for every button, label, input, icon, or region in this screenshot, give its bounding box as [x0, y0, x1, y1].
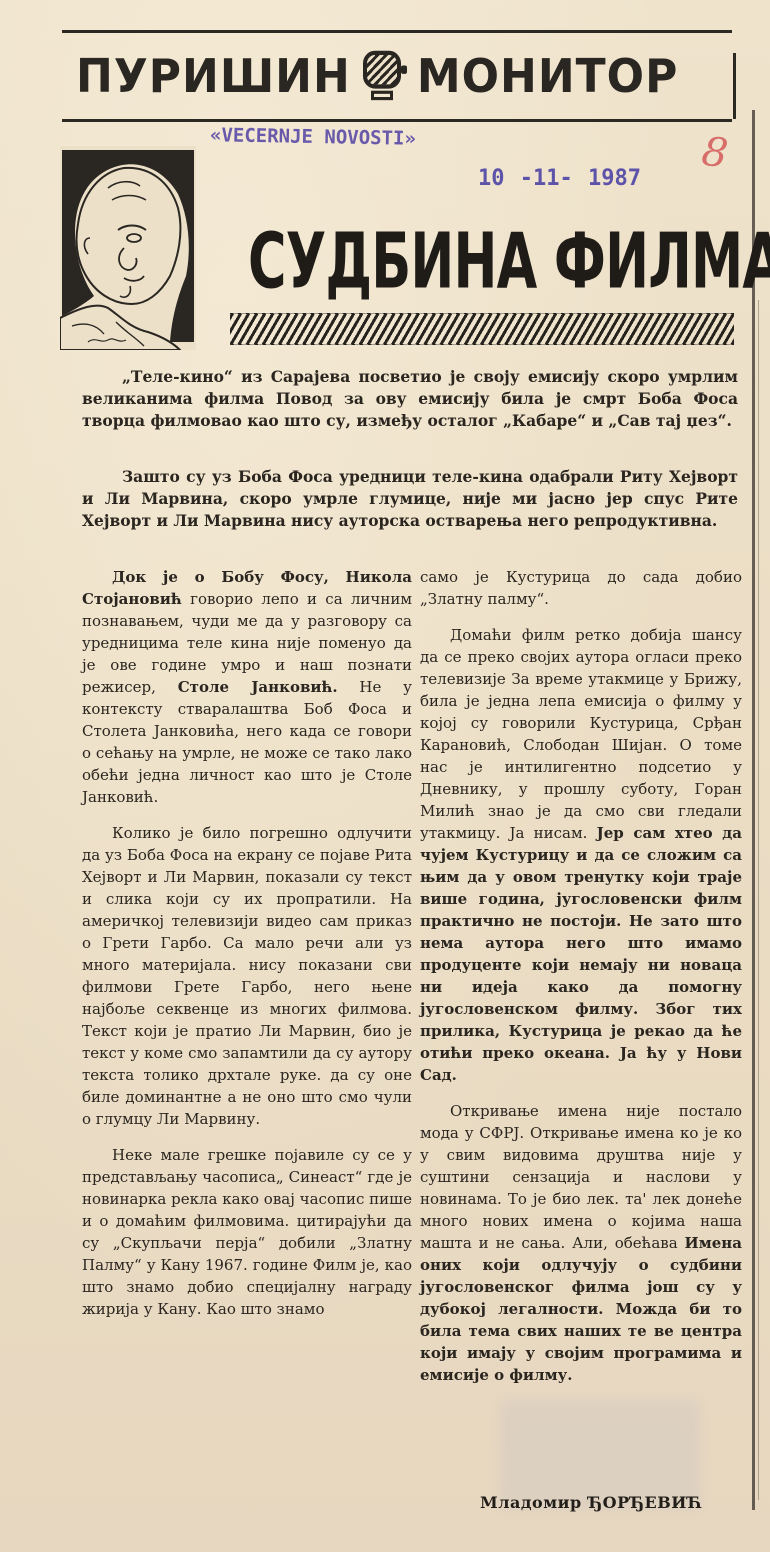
right-column: само је Кустурица до сада добио „Златну …: [420, 566, 742, 1400]
left-paragraph-1: Док је о Бобу Фосу, Никола Стојановић го…: [82, 566, 412, 808]
left-column: Док је о Бобу Фосу, Никола Стојановић го…: [82, 566, 412, 1334]
right-paragraph-2: Домаћи филм ретко добија шансу да се пре…: [420, 624, 742, 1086]
caricature-portrait: [60, 146, 196, 350]
tv-monitor-icon: [361, 47, 407, 106]
bold-passage: Јер сам хтео да чујем Кустурицу и да се …: [420, 824, 742, 1084]
right-paragraph-1: само је Кустурица до сада добио „Златну …: [420, 566, 742, 610]
column-header-box: ПУРИШИН МОНИТОР: [62, 30, 732, 122]
headline: СУДБИНА ФИЛМА: [248, 218, 770, 307]
paragraph-text: Не у контексту стваралаштва Боб Фоса и С…: [82, 678, 412, 806]
bold-name: Столе Јанковић.: [178, 678, 338, 696]
date-stamp: 10 -11- 1987: [478, 166, 641, 191]
bold-passage: Имена оних који одлучују о судбини југос…: [420, 1234, 742, 1384]
clipping-edge-line-thin: [758, 300, 759, 1500]
column-title-right: МОНИТОР: [417, 49, 679, 103]
lead-paragraph-1: „Теле-кино“ из Сарајева посветио је свој…: [82, 366, 738, 432]
byline: Младомир ЂОРЂЕВИЋ: [480, 1493, 703, 1512]
paragraph-text: Домаћи филм ретко добија шансу да се пре…: [420, 626, 742, 842]
column-title-left: ПУРИШИН: [76, 49, 351, 103]
clipping-edge-line: [752, 110, 755, 1510]
right-paragraph-3: Откривање имена није постало мода у СФРЈ…: [420, 1100, 742, 1386]
paragraph-text: Откривање имена није постало мода у СФРЈ…: [420, 1102, 742, 1252]
newspaper-stamp: «VECERNJE NOVOSTI»: [210, 124, 416, 150]
headline-hatch-rule: [230, 313, 734, 345]
column-header: ПУРИШИН МОНИТОР: [76, 43, 678, 108]
lead-paragraph-2: Зашто су уз Боба Фоса уредници теле-кина…: [82, 466, 738, 532]
left-paragraph-3: Неке мале грешке појавиле су се у предст…: [82, 1144, 412, 1320]
left-paragraph-2: Колико је било погрешно одлучити да уз Б…: [82, 822, 412, 1130]
